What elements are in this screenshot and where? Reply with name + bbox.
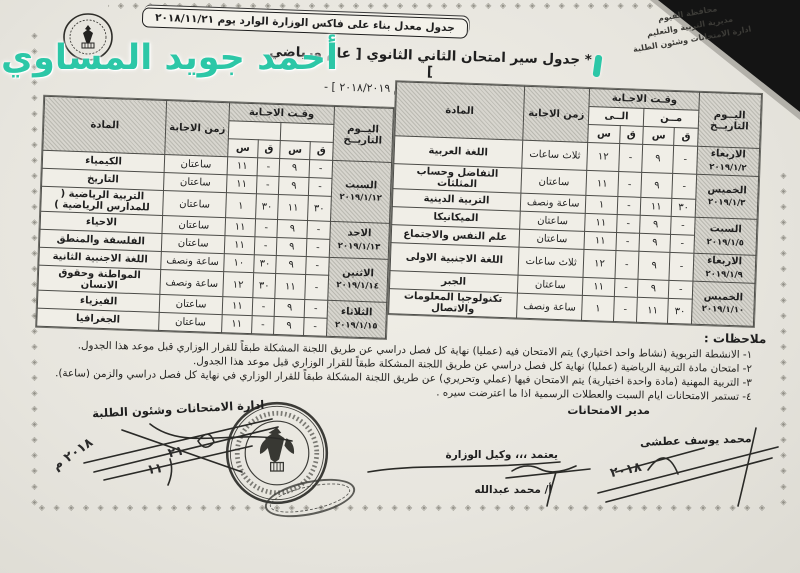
from-hours-cell: ٩ <box>279 159 309 178</box>
from-hours-cell: ٩ <box>276 255 306 274</box>
subject-cell: تكنولوجيا المعلومات والاتصال <box>389 289 518 318</box>
decorative-border-bottom: ◈ ◈ ◈ ◈ ◈ ◈ ◈ ◈ ◈ ◈ ◈ ◈ ◈ ◈ ◈ ◈ ◈ ◈ ◈ ◈ … <box>36 503 768 512</box>
day-date-cell: السبت٢٠١٩/١/١٢ <box>330 160 391 223</box>
subject-cell: اللغة العربية <box>394 136 523 168</box>
to-hours-cell: ١٢ <box>583 249 615 278</box>
col-header-from <box>281 123 334 143</box>
duration-cell: ساعتان <box>164 155 227 175</box>
col-header-minutes: ق <box>257 140 280 159</box>
to-minutes-cell: - <box>256 176 279 195</box>
duration-cell: ساعتان <box>521 168 588 195</box>
from-minutes-cell: - <box>673 145 698 174</box>
from-minutes-cell: - <box>307 221 330 240</box>
from-minutes-cell: ٣٠ <box>671 198 695 217</box>
from-hours-cell: ٩ <box>277 220 307 239</box>
duration-cell: ساعة ونصف <box>161 251 224 271</box>
duration-cell: ساعتان <box>159 294 222 314</box>
to-minutes-cell: - <box>617 172 642 198</box>
to-minutes-cell: - <box>613 296 638 322</box>
from-hours-cell: ٩ <box>277 238 307 257</box>
from-minutes-cell: - <box>672 173 697 199</box>
to-minutes-cell: - <box>615 232 639 251</box>
handwritten-month: ١١ <box>146 461 164 478</box>
from-minutes-cell: - <box>304 300 327 319</box>
duration-cell: ساعة ونصف <box>160 269 224 296</box>
handwritten-year-left: ٢٠١٨ م <box>50 435 96 474</box>
from-hours-cell: ١١ <box>275 273 306 299</box>
from-hours-cell: ٩ <box>279 177 309 196</box>
col-header-subject: المادة <box>43 96 167 154</box>
from-minutes-cell: - <box>306 257 329 276</box>
to-hours-cell: ١٠ <box>224 254 254 273</box>
duration-cell: ساعة ونصف <box>520 193 586 213</box>
col-header-duration: زمن الاجابة <box>165 101 230 157</box>
day-date-cell: الاثنين٢٠١٩/١/١٤ <box>327 257 388 302</box>
to-hours-cell: ١ <box>582 295 614 321</box>
exams-director-name: محمد يوسف عطشى <box>640 432 752 449</box>
to-hours-cell: ١١ <box>583 277 615 296</box>
to-hours-cell: ١١ <box>585 213 617 232</box>
from-minutes-cell: - <box>309 160 332 179</box>
col-header-duration: زمن الاجابة <box>523 86 591 142</box>
to-hours-cell: ١ <box>586 195 618 214</box>
to-minutes-cell: - <box>257 158 280 177</box>
duration-cell: ثلاث ساعات <box>518 247 585 277</box>
duration-cell: ساعتان <box>519 211 585 231</box>
to-hours-cell: ١١ <box>586 170 618 196</box>
to-minutes-cell: - <box>614 278 638 297</box>
duration-cell: ساعتان <box>519 229 585 249</box>
col-header-hours: س <box>280 141 310 160</box>
to-minutes-cell: - <box>614 250 639 279</box>
to-hours-cell: ١٢ <box>223 272 254 298</box>
duration-cell: ساعة ونصف <box>516 293 583 320</box>
from-minutes-cell: - <box>669 252 694 281</box>
day-date-cell: الخميس٢٠١٩/١/١٠ <box>691 281 755 326</box>
day-date-cell: الاربعاء٢٠١٩/١/٢ <box>697 146 760 176</box>
from-hours-cell: ٩ <box>641 172 673 198</box>
scanned-exam-schedule-document: ◈ ◈ ◈ ◈ ◈ ◈ ◈ ◈ ◈ ◈ ◈ ◈ ◈ ◈ ◈ ◈ ◈ ◈ ◈ ◈ … <box>0 0 800 573</box>
from-hours-cell: ٩ <box>638 251 670 280</box>
col-header-day-date: اليــومالتاريــخ <box>698 92 762 148</box>
col-header-minutes: ق <box>619 126 643 145</box>
fax-amendment-box: جدول معدل بناء على فاكس الوزارة الوارد ي… <box>142 7 468 38</box>
from-hours-cell: ٩ <box>640 215 672 234</box>
day-date-cell: الخميس٢٠١٩/١/٣ <box>695 174 759 219</box>
schedule-table: اليــومالتاريــخوقـت الاجـابةزمن الاجابة… <box>36 96 394 339</box>
col-header-hours: س <box>643 126 675 145</box>
to-minutes-cell: - <box>255 219 278 238</box>
from-minutes-cell: - <box>671 216 695 235</box>
duration-cell: ساعتان <box>163 191 227 218</box>
to-minutes-cell: - <box>254 237 277 256</box>
to-hours-cell: ١١ <box>222 297 252 316</box>
to-hours-cell: ١ <box>226 193 257 219</box>
from-hours-cell: ١١ <box>640 197 672 216</box>
from-minutes-cell: - <box>308 178 331 197</box>
approval-line: يعتمد ،،، وكيل الوزارة <box>446 449 559 461</box>
duration-cell: ساعتان <box>162 233 225 253</box>
day-date-cell: السبت٢٠١٩/١/٥ <box>694 217 757 255</box>
watermark-mark <box>593 55 603 78</box>
to-hours-cell: ١١ <box>584 231 616 250</box>
col-header-hours: س <box>588 124 620 143</box>
from-hours-cell: ٩ <box>274 298 304 317</box>
duration-cell: ساعتان <box>517 275 583 295</box>
schedule-table-week2: اليــومالتاريــخوقـت الاجـابةزمن الاجابة… <box>36 96 394 339</box>
col-header-day-date: اليــومالتاريــخ <box>332 106 393 162</box>
col-header-minutes: ق <box>674 127 698 146</box>
from-hours-cell: ١١ <box>278 195 309 221</box>
duration-cell: ثلاث ساعات <box>522 140 589 170</box>
to-hours-cell: ١١ <box>225 218 255 237</box>
to-hours-cell: ١١ <box>226 175 256 194</box>
exams-director-title: مدير الامتحانات <box>567 404 650 417</box>
to-minutes-cell: ٣٠ <box>255 194 279 220</box>
to-hours-cell: ١١ <box>227 157 257 176</box>
notes-section: ملاحظات : ١- الانشطة التربوية (نشاط واحد… <box>32 322 767 405</box>
day-date-cell: الاحد٢٠١٩/١/١٣ <box>329 221 390 259</box>
from-hours-cell: ١١ <box>637 297 669 323</box>
from-hours-cell: ٩ <box>638 279 670 298</box>
from-hours-cell: ٩ <box>642 144 674 173</box>
from-minutes-cell: - <box>669 280 693 299</box>
schedule-table: اليــومالتاريــخوقـت الاجـابةزمن الاجابة… <box>388 81 762 327</box>
from-minutes-cell: ٣٠ <box>308 196 332 222</box>
subject-cell: اللغة الاجنبية الاولى <box>390 243 519 275</box>
undersecretary-name: أ/ محمد عبدالله <box>474 484 552 496</box>
col-header-from: مــن <box>644 108 699 128</box>
to-minutes-cell: ٣٠ <box>252 273 276 299</box>
to-minutes-cell: - <box>252 298 275 317</box>
from-hours-cell: ٩ <box>639 233 671 252</box>
to-minutes-cell: - <box>617 197 641 216</box>
decorative-border-right: ◈ ◈ ◈ ◈ ◈ ◈ ◈ ◈ ◈ ◈ ◈ ◈ ◈ ◈ ◈ ◈ ◈ ◈ ◈ ◈ … <box>779 168 788 508</box>
day-date-cell: الاربعاء٢٠١٩/١/٩ <box>693 253 756 283</box>
col-header-minutes: ق <box>310 142 333 161</box>
duration-cell: ساعتان <box>164 173 227 193</box>
to-hours-cell: ١١ <box>224 236 254 255</box>
handwritten-year-right: ٢٠١٨ <box>609 460 643 481</box>
schedule-table-week1: اليــومالتاريــخوقـت الاجـابةزمن الاجابة… <box>388 81 762 327</box>
to-minutes-cell: ٣٠ <box>253 255 276 274</box>
from-minutes-cell: ٣٠ <box>668 298 693 324</box>
from-minutes-cell: - <box>305 275 329 301</box>
watermark-text: أحمد جويد المساوي <box>0 38 338 78</box>
from-minutes-cell: - <box>670 234 694 253</box>
handwritten-day: ٢١ <box>167 444 186 462</box>
col-header-to <box>228 121 281 141</box>
col-header-to: الــى <box>589 106 644 126</box>
col-header-subject: المادة <box>395 82 525 140</box>
to-hours-cell: ١٢ <box>587 142 619 171</box>
col-header-hours: س <box>228 139 258 158</box>
to-minutes-cell: - <box>618 144 643 173</box>
from-minutes-cell: - <box>306 239 329 258</box>
duration-cell: ساعتان <box>162 215 225 235</box>
to-minutes-cell: - <box>616 215 640 234</box>
